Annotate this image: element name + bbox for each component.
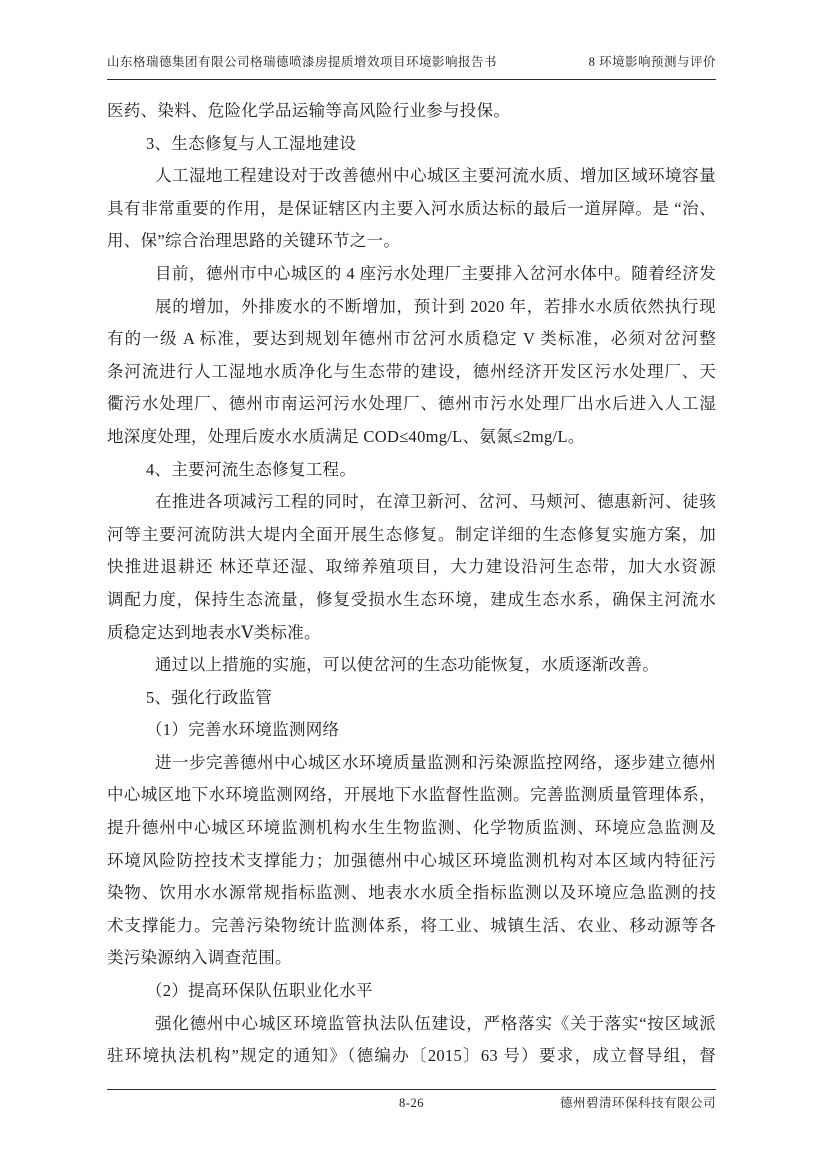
body-line: 快推进退耕还 林还草还湿、取缔养殖项目，大力建设沿河生态带，加大水资源 (107, 551, 716, 584)
page-footer: 8-26 德州碧清环保科技有限公司 (107, 1089, 716, 1093)
section-heading-line: 3、生态修复与人工湿地建设 (107, 128, 716, 161)
section-heading-line: 5、强化行政监管 (107, 682, 716, 715)
body-line: 地深度处理，处理后废水水质满足 COD≤40mg/L、氨氮≤2mg/L。 (107, 421, 716, 454)
section-heading-line: （2）提高环保队伍职业化水平 (107, 975, 716, 1008)
body-line: 河等主要河流防洪大堤内全面开展生态修复。制定详细的生态修复实施方案，加 (107, 519, 716, 552)
body-line: 强化德州中心城区环境监管执法队伍建设，严格落实《关于落实“按区域派 (107, 1008, 716, 1041)
body-line: 具有非常重要的作用，是保证辖区内主要入河水质达标的最后一道屏障。是 “治、 (107, 193, 716, 226)
body-line: 展的增加，外排废水的不断增加，预计到 2020 年，若排水水质依然执行现 (107, 291, 716, 324)
body-line: 环境风险防控技术支撑能力；加强德州中心城区环境监测机构对本区域内特征污 (107, 845, 716, 878)
document-page: 山东格瑞德集团有限公司格瑞德喷漆房提质增效项目环境影响报告书 8 环境影响预测与… (0, 0, 827, 1169)
body-line: 提升德州中心城区环境监测机构水生生物监测、化学物质监测、环境应急监测及 (107, 812, 716, 845)
body-line: 染物、饮用水水源常规指标监测、地表水水质全指标监测以及环境应急监测的技 (107, 877, 716, 910)
body-line: 目前，德州市中心城区的 4 座污水处理厂主要排入岔河水体中。随着经济发 (107, 258, 716, 291)
page-header: 山东格瑞德集团有限公司格瑞德喷漆房提质增效项目环境影响报告书 8 环境影响预测与… (107, 52, 716, 80)
header-report-title: 山东格瑞德集团有限公司格瑞德喷漆房提质增效项目环境影响报告书 (107, 52, 497, 72)
section-heading-line: 4、主要河流生态修复工程。 (107, 454, 716, 487)
header-chapter-title: 8 环境影响预测与评价 (589, 52, 716, 72)
body-line: 条河流进行人工湿地水质净化与生态带的建设，德州经济开发区污水处理厂、天 (107, 356, 716, 389)
body-line: 中心城区地下水环境监测网络，开展地下水监督性监测。完善监测质量管理体系， (107, 779, 716, 812)
body-line: 术支撑能力。完善污染物统计监测体系，将工业、城镇生活、农业、移动源等各 (107, 910, 716, 943)
page-body: 医药、染料、危险化学品运输等高风险行业参与投保。 3、生态修复与人工湿地建设 人… (107, 95, 716, 1073)
body-line: 通过以上措施的实施，可以使岔河的生态功能恢复，水质逐渐改善。 (107, 649, 716, 682)
footer-company: 德州碧清环保科技有限公司 (560, 1093, 716, 1113)
body-line: 类污染源纳入调查范围。 (107, 942, 716, 975)
body-line: 衢污水处理厂、德州市南运河污水处理厂、德州市污水处理厂出水后进入人工湿 (107, 388, 716, 421)
body-line: 进一步完善德州中心城区水环境质量监测和污染源监控网络，逐步建立德州 (107, 747, 716, 780)
body-line: 人工湿地工程建设对于改善德州中心城区主要河流水质、增加区域环境容量 (107, 160, 716, 193)
body-line: 调配力度，保持生态流量，修复受损水生态环境，建成生态水系，确保主河流水 (107, 584, 716, 617)
body-line: 驻环境执法机构”规定的通知》（德编办〔2015〕63 号）要求，成立督导组，督 (107, 1040, 716, 1073)
body-line: 质稳定达到地表水Ⅴ类标准。 (107, 617, 716, 650)
section-heading-line: （1）完善水环境监测网络 (107, 714, 716, 747)
body-line: 用、保”综合治理思路的关键环节之一。 (107, 225, 716, 258)
body-line: 有的一级 A 标准，要达到规划年德州市岔河水质稳定 V 类标准，必须对岔河整 (107, 323, 716, 356)
body-line: 医药、染料、危险化学品运输等高风险行业参与投保。 (107, 95, 716, 128)
body-line: 在推进各项减污工程的同时，在漳卫新河、岔河、马颊河、德惠新河、徒骇 (107, 486, 716, 519)
